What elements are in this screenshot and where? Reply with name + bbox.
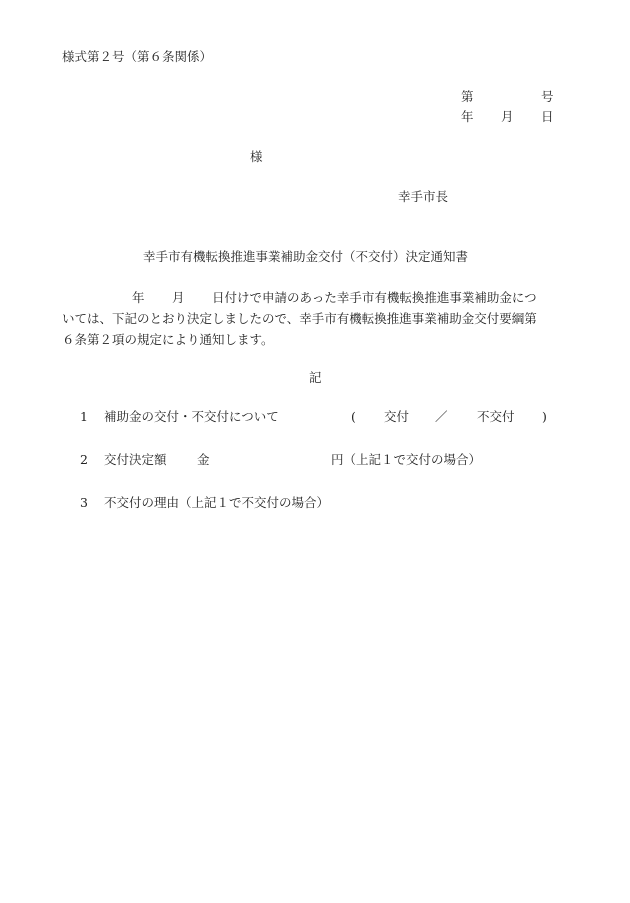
- body-line1: 日付けで申請のあった幸手市有機転換推進事業補助金につ: [212, 292, 537, 305]
- ki-heading: 記: [309, 372, 322, 385]
- date-month: 月: [501, 111, 514, 124]
- body-month: 月: [172, 292, 185, 305]
- recipient-suffix: 様: [250, 151, 263, 164]
- body-line2: いては、下記のとおり決定しましたので、幸手市有機転換推進事業補助金交付要綱第: [62, 313, 537, 326]
- date-day: 日: [541, 111, 554, 124]
- document-title: 幸手市有機転換推進事業補助金交付（不交付）決定通知書: [143, 251, 468, 264]
- item-1-option-grant: 交付: [384, 411, 409, 424]
- item-3-label: 不交付の理由（上記１で不交付の場合）: [104, 497, 329, 510]
- doc-number-dai: 第: [461, 91, 474, 104]
- item-1-separator: ／: [435, 411, 448, 424]
- item-1-close-paren: ): [542, 411, 547, 424]
- item-2-kin: 金: [197, 454, 210, 467]
- item-3-number: 3: [80, 497, 88, 510]
- date-year: 年: [461, 111, 474, 124]
- doc-number-go: 号: [541, 91, 554, 104]
- body-line3: ６条第２項の規定により通知します。: [62, 334, 274, 347]
- item-2-number: 2: [80, 454, 88, 467]
- issuer: 幸手市長: [398, 191, 448, 204]
- item-2-label: 交付決定額: [104, 454, 167, 467]
- item-1-number: 1: [80, 411, 88, 424]
- item-1-label: 補助金の交付・不交付について: [104, 411, 279, 424]
- item-1-option-nongrant: 不交付: [477, 411, 515, 424]
- form-label: 様式第２号（第６条関係）: [62, 51, 212, 64]
- item-1-open-paren: (: [351, 411, 356, 424]
- item-2-en: 円（上記１で交付の場合）: [331, 454, 481, 467]
- body-year: 年: [132, 292, 145, 305]
